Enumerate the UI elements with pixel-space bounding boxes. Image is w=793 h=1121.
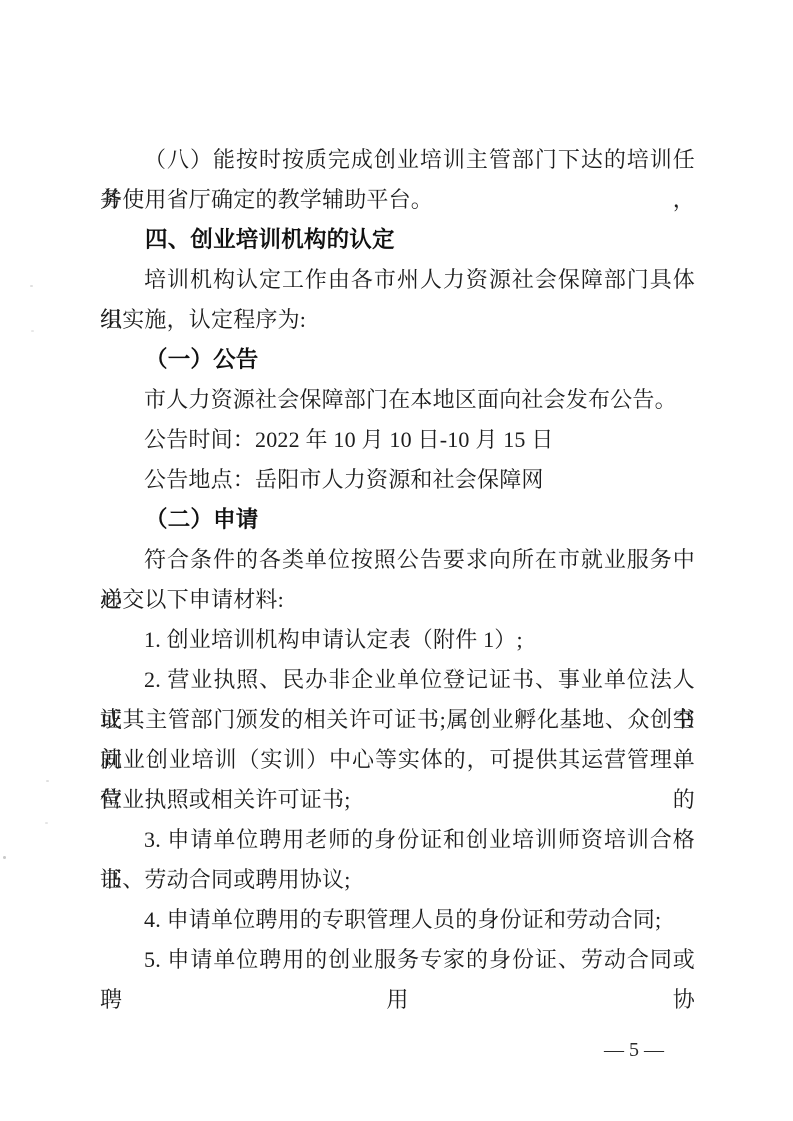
list-item-continuation: 或其主管部门颁发的相关许可证书;属创业孵化基地、众创空间、	[100, 700, 695, 740]
notice-time-line: 公告时间：2022 年 10 月 10 日-10 月 15 日	[100, 420, 695, 460]
scan-speck	[46, 780, 49, 782]
list-item-continuation: 就业创业培训（实训）中心等实体的，可提供其运营管理单位的	[100, 740, 695, 780]
list-item: 5. 申请单位聘用的创业服务专家的身份证、劳动合同或聘用协	[100, 940, 695, 980]
page-number: — 5 —	[598, 1036, 670, 1064]
scan-speck	[30, 285, 33, 287]
list-item: 2. 营业执照、民办非企业单位登记证书、事业单位法人证书	[100, 660, 695, 700]
list-item-continuation: 书、劳动合同或聘用协议;	[100, 860, 695, 900]
paragraph-line: 织实施，认定程序为:	[100, 300, 695, 340]
paragraph-line: （八）能按时按质完成创业培训主管部门下达的培训任务，	[100, 140, 695, 180]
list-item: 4. 申请单位聘用的专职管理人员的身份证和劳动合同;	[100, 900, 695, 940]
subsection-heading: （二）申请	[100, 500, 695, 540]
document-page: （八）能按时按质完成创业培训主管部门下达的培训任务， 并使用省厅确定的教学辅助平…	[0, 0, 793, 1121]
paragraph-line: 递交以下申请材料:	[100, 580, 695, 620]
paragraph-line: 符合条件的各类单位按照公告要求向所在市就业服务中心	[100, 540, 695, 580]
subsection-heading: （一）公告	[100, 340, 695, 380]
section-heading: 四、创业培训机构的认定	[100, 220, 695, 260]
scan-speck	[3, 856, 6, 859]
notice-location-line: 公告地点：岳阳市人力资源和社会保障网	[100, 460, 695, 500]
list-item: 1. 创业培训机构申请认定表（附件 1）;	[100, 620, 695, 660]
paragraph-line: 市人力资源社会保障部门在本地区面向社会发布公告。	[100, 380, 695, 420]
document-body: （八）能按时按质完成创业培训主管部门下达的培训任务， 并使用省厅确定的教学辅助平…	[100, 140, 695, 980]
paragraph-line: 培训机构认定工作由各市州人力资源社会保障部门具体组	[100, 260, 695, 300]
list-item: 3. 申请单位聘用老师的身份证和创业培训师资培训合格证	[100, 820, 695, 860]
scan-speck	[45, 822, 48, 824]
scan-speck	[31, 330, 34, 332]
